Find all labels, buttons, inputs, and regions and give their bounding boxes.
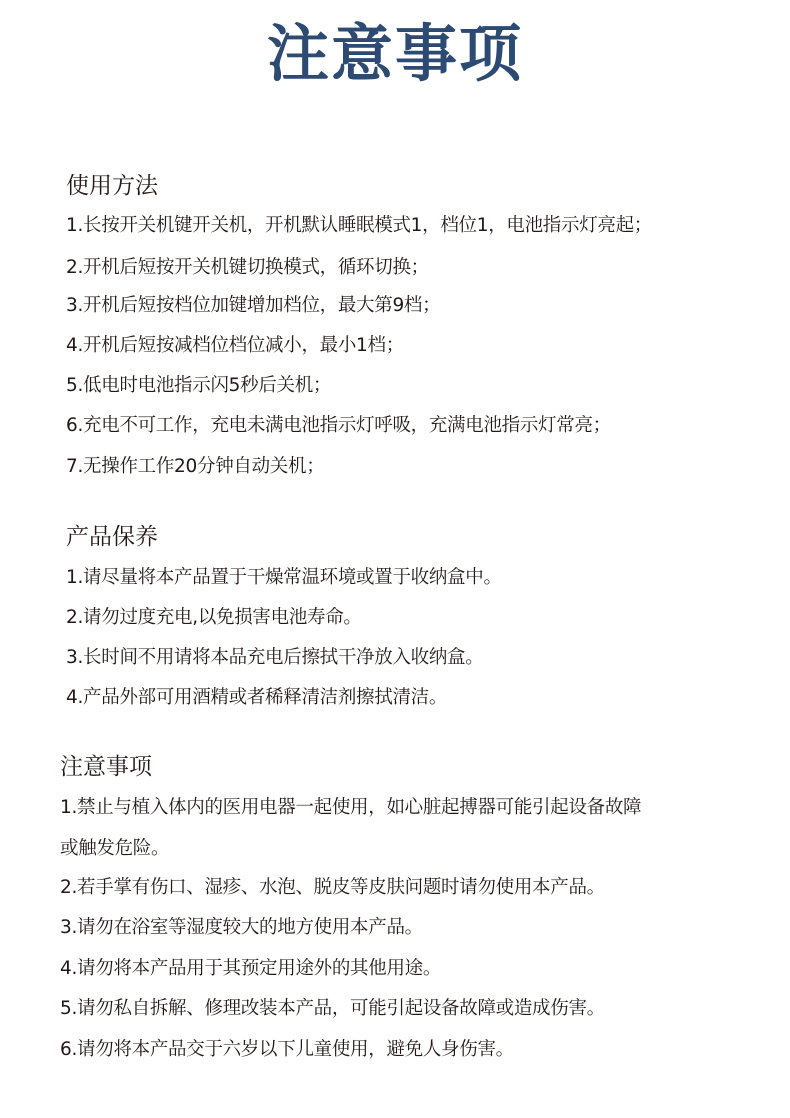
section-heading-maintenance: 产品保养 xyxy=(66,522,158,552)
precautions-item-3: 3.请勿在浴室等湿度较大的地方使用本产品。 xyxy=(60,915,423,941)
page-title: 注意事项 xyxy=(0,14,790,94)
usage-item-4: 4.开机后短按减档位档位减小，最小1档； xyxy=(66,333,404,359)
usage-item-6: 6.充电不可工作，充电未满电池指示灯呼吸，充满电池指示灯常亮； xyxy=(66,413,611,439)
precautions-item-4: 4.请勿将本产品用于其预定用途外的其他用途。 xyxy=(60,956,441,982)
section-heading-precautions: 注意事项 xyxy=(60,752,152,782)
precautions-item-1-continued: 或触发危险。 xyxy=(60,836,169,862)
usage-item-1: 1.长按开关机键开关机，开机默认睡眠模式1，档位1，电池指示灯亮起； xyxy=(66,213,652,239)
section-heading-usage: 使用方法 xyxy=(66,171,158,201)
precautions-item-6: 6.请勿将本产品交于六岁以下儿童使用，避免人身伤害。 xyxy=(60,1037,514,1063)
maintenance-item-2: 2.请勿过度充电,以免损害电池寿命。 xyxy=(66,605,362,631)
precautions-item-2: 2.若手掌有伤口、湿疹、水泡、脱皮等皮肤问题时请勿使用本产品。 xyxy=(60,875,605,901)
usage-item-5: 5.低电时电池指示闪5秒后关机； xyxy=(66,373,331,399)
precautions-item-5: 5.请勿私自拆解、修理改装本产品，可能引起设备故障或造成伤害。 xyxy=(60,996,605,1022)
maintenance-item-3: 3.长时间不用请将本品充电后擦拭干净放入收纳盒。 xyxy=(66,645,483,671)
maintenance-item-4: 4.产品外部可用酒精或者稀释清洁剂擦拭清洁。 xyxy=(66,685,447,711)
usage-item-7: 7.无操作工作20分钟自动关机； xyxy=(66,454,324,480)
maintenance-item-1: 1.请尽量将本产品置于干燥常温环境或置于收纳盒中。 xyxy=(66,565,502,591)
precautions-item-1: 1.禁止与植入体内的医用电器一起使用，如心脏起搏器可能引起设备故障 xyxy=(60,795,641,821)
usage-item-3: 3.开机后短按档位加键增加档位，最大第9档； xyxy=(66,293,440,319)
usage-item-2: 2.开机后短按开关机键切换模式，循环切换； xyxy=(66,255,429,281)
